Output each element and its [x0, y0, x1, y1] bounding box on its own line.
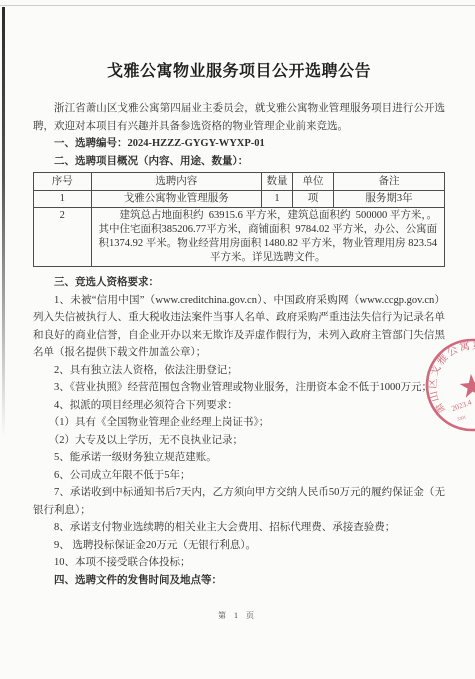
cell-index: 2 [34, 208, 92, 267]
page-number: 第 1 页 [0, 610, 475, 621]
col-header-content: 选聘内容 [91, 173, 262, 191]
requirement-item-1: 1、未被“信用中国”（www.creditchina.gov.cn）、中国政府采… [33, 292, 445, 362]
section4-heading: 四、选聘文件的发售时间及地点等： [33, 572, 445, 590]
seal-date: 2023.4 [450, 397, 473, 413]
cell-remark: 服务期3年 [334, 191, 445, 208]
section1-heading: 一、选聘编号： [54, 138, 128, 149]
requirement-item-2: 2、具有独立法人资格，依法注册登记； [33, 362, 445, 380]
col-header-index: 序号 [34, 173, 92, 191]
requirement-item-9: 9、 选聘投标保证金20万元（无银行利息）。 [33, 537, 445, 555]
requirement-item-3: 3、《营业执照》经营范围包含物业管理或物业服务，注册资本金不低于1000万元； [33, 379, 445, 397]
cell-index: 1 [34, 191, 92, 208]
document-content: 戈雅公寓物业服务项目公开选聘公告 浙江省萧山区戈雅公寓第四届业主委员会，就戈雅公… [33, 58, 445, 589]
table-row: 1 戈雅公寓物业管理服务 1 项 服务期3年 [34, 191, 445, 208]
section2-heading: 二、选聘项目概况（内容、用途、数量）： [33, 153, 445, 171]
col-header-quantity: 数量 [262, 173, 293, 191]
section1-line: 一、选聘编号：2024-HZZZ-GYGY-WYXP-01 [33, 135, 445, 153]
requirement-item-4-1: （1）具有《全国物业管理企业经理上岗证书》； [33, 414, 445, 432]
section1-code: 2024-HZZZ-GYGY-WYXP-01 [128, 138, 265, 149]
col-header-unit: 单位 [292, 173, 333, 191]
official-seal-stamp: 萧山区戈雅公寓第四届业主委员会 ★ 2023.4 3301 [419, 332, 475, 438]
cell-content: 戈雅公寓物业管理服务 [91, 191, 262, 208]
seal-number: 3301 [457, 414, 467, 421]
cell-unit: 项 [292, 191, 333, 208]
requirement-item-6: 6、公司成立年限不低于5年； [33, 467, 445, 485]
project-table: 序号 选聘内容 数量 单位 备注 1 戈雅公寓物业管理服务 1 项 服务期3年 … [33, 172, 445, 267]
requirement-item-4-2: （2）大专及以上学历，无不良执业记录； [33, 432, 445, 450]
scanned-document-page: 戈雅公寓物业服务项目公开选聘公告 浙江省萧山区戈雅公寓第四届业主委员会，就戈雅公… [0, 0, 475, 679]
col-header-remark: 备注 [334, 173, 445, 191]
requirement-item-4: 4、拟派的项目经理必须符合下列要求： [33, 397, 445, 415]
cell-area-details: 建筑总占地面积约 63915.6 平方米，建筑总面积约 500000 平方米，。… [91, 208, 444, 267]
document-title: 戈雅公寓物业服务项目公开选聘公告 [33, 58, 445, 81]
section3-heading: 三、竞选人资格要求： [33, 274, 445, 292]
intro-paragraph: 浙江省萧山区戈雅公寓第四届业主委员会，就戈雅公寓物业管理服务项目进行公开选聘，欢… [33, 100, 445, 135]
cell-quantity: 1 [262, 191, 293, 208]
table-row: 2 建筑总占地面积约 63915.6 平方米，建筑总面积约 500000 平方米… [34, 208, 445, 267]
requirement-item-10: 10、本项不接受联合体投标； [33, 554, 445, 572]
scan-top-edge [0, 5, 475, 6]
scan-left-shadow [2, 7, 5, 437]
requirement-item-8: 8、承诺支付物业选续聘的相关业主大会费用、招标代理费、承接查验费； [33, 519, 445, 537]
requirement-item-7: 7、承诺收到中标通知书后7天内，乙方须向甲方交纳人民币50万元的履约保证金（无银… [33, 484, 445, 519]
requirement-item-5: 5、能承诺一级财务独立规范建账。 [33, 449, 445, 467]
table-header-row: 序号 选聘内容 数量 单位 备注 [34, 173, 445, 191]
